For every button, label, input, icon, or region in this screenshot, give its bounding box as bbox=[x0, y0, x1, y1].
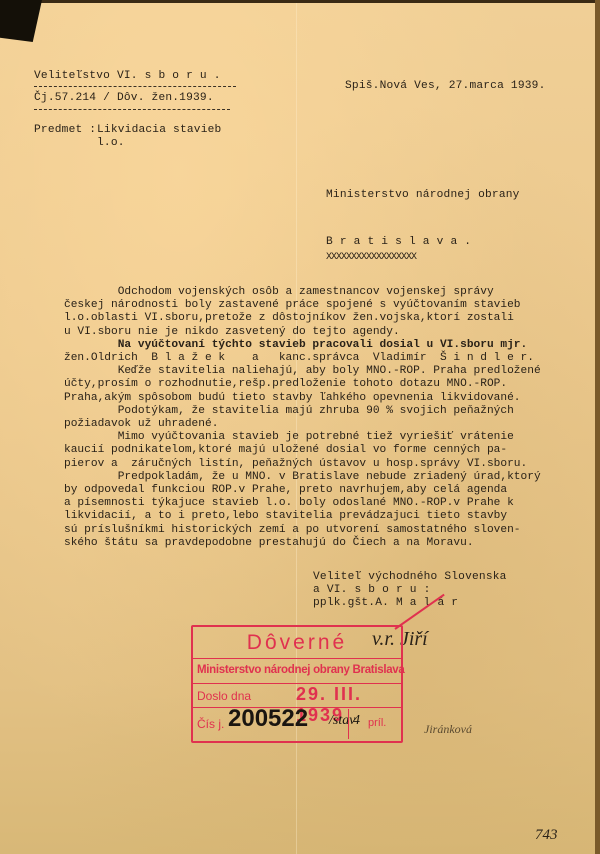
margin-note: Jiránková bbox=[424, 722, 472, 737]
body-line: Predpokladám, že u MNO. v Bratislave neb… bbox=[64, 471, 594, 484]
subject-label: Predmet : bbox=[34, 124, 96, 137]
body-line: likvidacií, a to i preto,lebo stavitelia… bbox=[64, 510, 594, 523]
divider bbox=[34, 86, 236, 87]
stamp-received-label: Doslo dna bbox=[197, 689, 251, 703]
body-line: žen.Oldrich B l a ž e k a kanc.správca V… bbox=[64, 352, 594, 365]
body-line: Mimo vyúčtovania stavieb je potrebné tie… bbox=[64, 431, 594, 444]
body-line: Odchodom vojenských osôb a zamestnancov … bbox=[64, 286, 594, 299]
letter-body: Odchodom vojenských osôb a zamestnancov … bbox=[64, 286, 594, 550]
body-line: by odpovedal funkciou ROP.v Prahe, preto… bbox=[64, 484, 594, 497]
body-line: a písemnosti týkajuce stavieb l.o. boly … bbox=[64, 497, 594, 510]
body-line: ského štátu sa pravdepodobne prestahujú … bbox=[64, 537, 594, 550]
recipient-name: Ministerstvo národnej obrany bbox=[326, 189, 520, 202]
divider bbox=[34, 109, 230, 110]
body-line: Podotýkam, že stavitelia majú zhruba 90 … bbox=[64, 405, 594, 418]
stamp-ministry: Ministerstvo národnej obrany Bratislava bbox=[197, 664, 405, 676]
reference-number: Čj.57.214 / Dôv. žen.1939. bbox=[34, 92, 214, 105]
sender-unit: Veliteľstvo VI. s b o r u . bbox=[34, 70, 221, 83]
body-line: účty,prosím o rozhodnutie,rešp.predložen… bbox=[64, 378, 594, 391]
stamp-divider bbox=[193, 658, 401, 659]
stamp-number-label: Čís j. bbox=[197, 717, 224, 731]
body-line: pierov a záručných listín, peňažných úst… bbox=[64, 458, 594, 471]
recipient-city: B r a t i s l a v a . bbox=[326, 236, 471, 249]
body-line: Na vyúčtovaní týchto stavieb pracovali d… bbox=[64, 339, 594, 352]
stamp-handwritten-note: /stav bbox=[329, 713, 355, 729]
paper-right-edge bbox=[595, 0, 600, 854]
body-line: l.o.oblasti VI.sboru,pretože z dôstojník… bbox=[64, 312, 594, 325]
confidential-receipt-stamp: Dôverné Ministerstvo národnej obrany Bra… bbox=[191, 625, 403, 743]
place-date: Spiš.Nová Ves, 27.marca 1939. bbox=[345, 80, 546, 93]
stamp-title: Dôverné bbox=[193, 631, 401, 655]
subject-line-1: Likvidacia stavieb bbox=[97, 124, 221, 137]
stamp-attachments-count: 4 bbox=[353, 713, 360, 729]
signature-line-2: a VI. s b o r u : bbox=[313, 584, 431, 597]
body-line: sú príslušníkmi historických zemí a po u… bbox=[64, 524, 594, 537]
body-line: českej národnosti boly zastavené práce s… bbox=[64, 299, 594, 312]
body-line: u VI.sboru nie je nikdo zasvetený do tej… bbox=[64, 326, 594, 339]
subject-line-2: l.o. bbox=[97, 137, 125, 150]
recipient-city-underline: XXXXXXXXXXXXXXXXXX bbox=[326, 252, 416, 263]
page-number: 743 bbox=[535, 827, 558, 844]
body-line: Keďže stavitelia naliehajú, aby boly MNO… bbox=[64, 365, 594, 378]
body-line: Praha,akým spôsobom budú tieto stavby ľa… bbox=[64, 392, 594, 405]
signature-line-1: Veliteľ východného Slovenska bbox=[313, 571, 507, 584]
body-line: požiadavok už uhradené. bbox=[64, 418, 594, 431]
stamp-attachments-label: príl. bbox=[368, 717, 386, 729]
stamp-divider bbox=[348, 709, 349, 739]
body-line: kaucií podnikatelom,ktoré majú uložené d… bbox=[64, 444, 594, 457]
paper-top-edge bbox=[0, 0, 600, 3]
stamp-number: 200522 bbox=[228, 705, 308, 733]
